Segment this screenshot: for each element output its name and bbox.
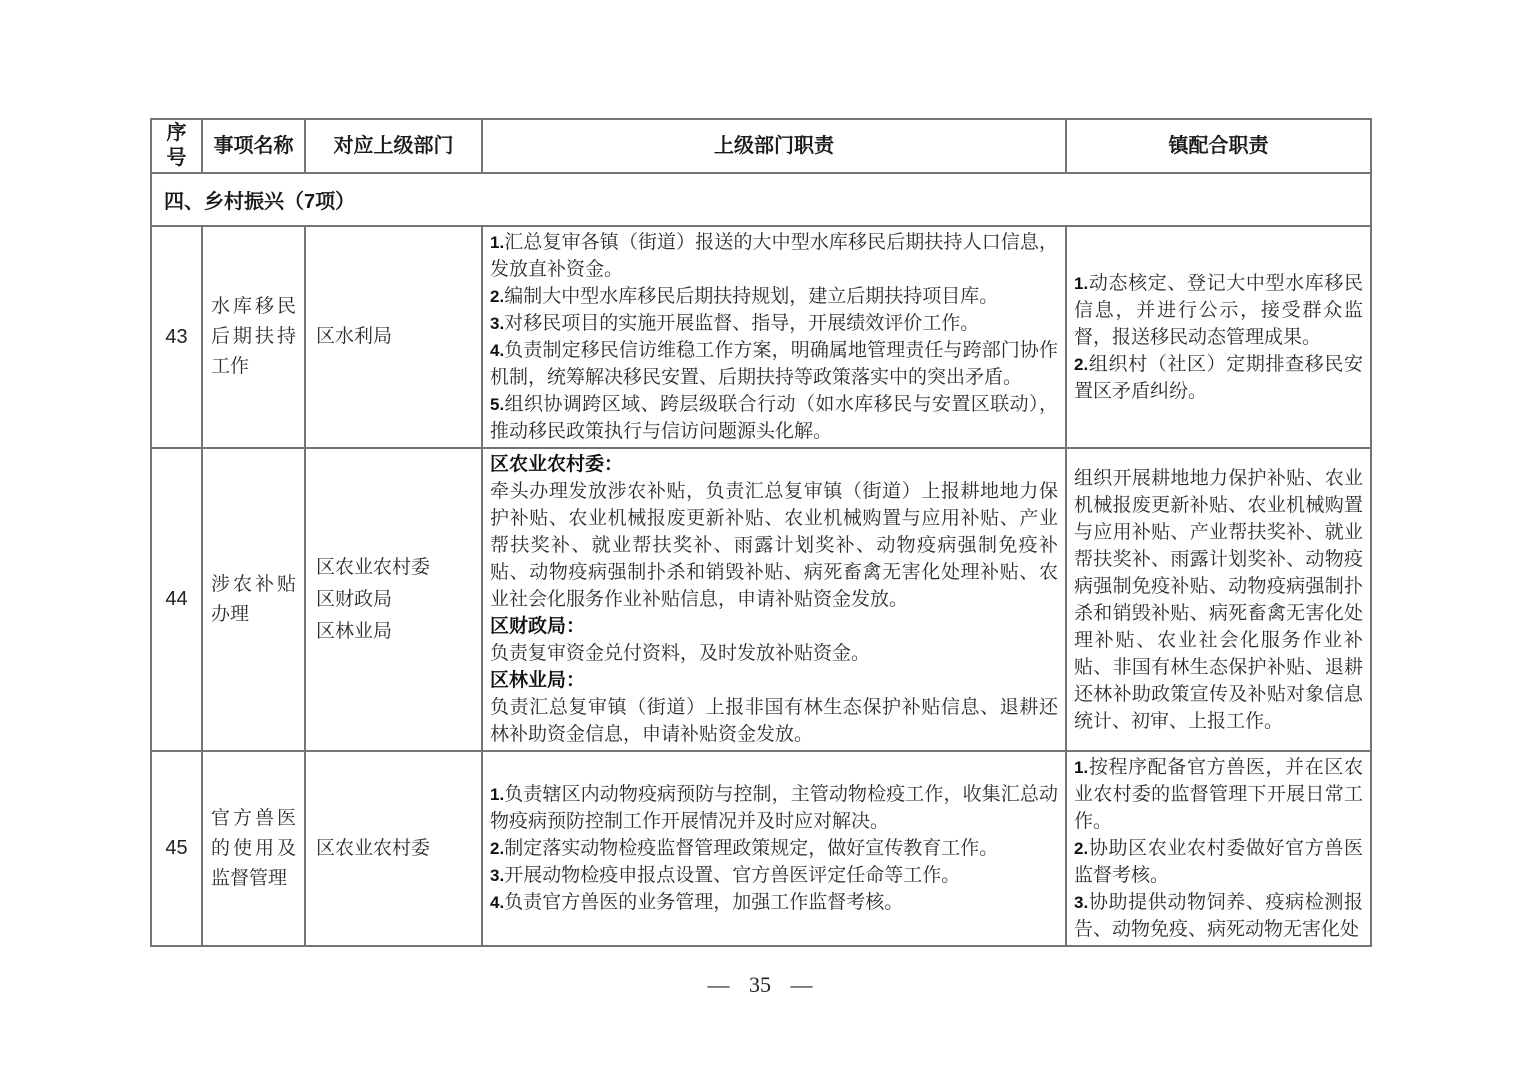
departments-cell: 区水利局 bbox=[305, 226, 482, 448]
duty-paragraph: 负责复审资金兑付资料，及时发放补贴资金。 bbox=[490, 640, 1058, 667]
duty-paragraph: 1.按程序配备官方兽医，并在区农业农村委的监督管理下开展日常工作。 bbox=[1074, 754, 1363, 835]
table-header: 序号 事项名称 对应上级部门 上级部门职责 镇配合职责 bbox=[151, 119, 1371, 173]
duty-paragraph: 4.负责官方兽医的业务管理，加强工作监督考核。 bbox=[490, 889, 1058, 916]
duty-paragraph: 1.动态核定、登记大中型水库移民信息，并进行公示，接受群众监督，报送移民动态管理… bbox=[1074, 270, 1363, 351]
department-label: 区财政局： bbox=[490, 613, 1058, 640]
department-name: 区财政局 bbox=[316, 584, 471, 616]
duty-paragraph: 3.协助提供动物饲养、疫病检测报告、动物免疫、病死动物无害化处 bbox=[1074, 889, 1363, 943]
duty-paragraph: 2.编制大中型水库移民后期扶持规划，建立后期扶持项目库。 bbox=[490, 283, 1058, 310]
department-name: 区林业局 bbox=[316, 616, 471, 648]
duty-paragraph: 1.汇总复审各镇（街道）报送的大中型水库移民后期扶持人口信息，发放直补资金。 bbox=[490, 229, 1058, 283]
responsibilities-table: 序号 事项名称 对应上级部门 上级部门职责 镇配合职责 四、乡村振兴（7项） 4… bbox=[150, 118, 1372, 947]
table-row: 43 水库移民后期扶持工作 区水利局 1.汇总复审各镇（街道）报送的大中型水库移… bbox=[151, 226, 1371, 448]
list-number: 1. bbox=[1074, 274, 1088, 293]
duty-paragraph: 1.负责辖区内动物疫病预防与控制，主管动物检疫工作，收集汇总动物疫病预防控制工作… bbox=[490, 781, 1058, 835]
department-name: 区水利局 bbox=[316, 321, 471, 353]
department-label: 区林业局： bbox=[490, 667, 1058, 694]
department-name: 区农业农村委 bbox=[316, 552, 471, 584]
duty-paragraph: 2.协助区农业农村委做好官方兽医监督考核。 bbox=[1074, 835, 1363, 889]
upper-duties-cell: 1.汇总复审各镇（街道）报送的大中型水库移民后期扶持人口信息，发放直补资金。2.… bbox=[482, 226, 1066, 448]
col-header-item-name: 事项名称 bbox=[202, 119, 305, 173]
col-header-upper-duty: 上级部门职责 bbox=[482, 119, 1066, 173]
row-number-cell: 43 bbox=[151, 226, 202, 448]
department-label: 区农业农村委： bbox=[490, 451, 1058, 478]
duty-paragraph: 组织开展耕地地力保护补贴、农业机械报废更新补贴、农业机械购置与应用补贴、产业帮扶… bbox=[1074, 465, 1363, 735]
table-row: 44 涉农补贴办理 区农业农村委区财政局区林业局 区农业农村委：牵头办理发放涉农… bbox=[151, 448, 1371, 751]
page-number: — 35 — bbox=[0, 972, 1520, 998]
header-row: 序号 事项名称 对应上级部门 上级部门职责 镇配合职责 bbox=[151, 119, 1371, 173]
list-number: 4. bbox=[490, 341, 504, 360]
list-number: 2. bbox=[490, 839, 504, 858]
list-number: 1. bbox=[490, 785, 504, 804]
upper-duties-cell: 区农业农村委：牵头办理发放涉农补贴，负责汇总复审镇（街道）上报耕地地力保护补贴、… bbox=[482, 448, 1066, 751]
list-number: 2. bbox=[1074, 839, 1088, 858]
upper-duties-cell: 1.负责辖区内动物疫病预防与控制，主管动物检疫工作，收集汇总动物疫病预防控制工作… bbox=[482, 751, 1066, 946]
col-header-number: 序号 bbox=[151, 119, 202, 173]
departments-cell: 区农业农村委区财政局区林业局 bbox=[305, 448, 482, 751]
row-number-cell: 44 bbox=[151, 448, 202, 751]
item-name-cell: 水库移民后期扶持工作 bbox=[202, 226, 305, 448]
list-number: 5. bbox=[490, 395, 504, 414]
col-header-department: 对应上级部门 bbox=[305, 119, 482, 173]
duty-paragraph: 4.负责制定移民信访维稳工作方案，明确属地管理责任与跨部门协作机制，统筹解决移民… bbox=[490, 337, 1058, 391]
duty-paragraph: 2.组织村（社区）定期排查移民安置区矛盾纠纷。 bbox=[1074, 351, 1363, 405]
table-body: 四、乡村振兴（7项） 43 水库移民后期扶持工作 区水利局 1.汇总复审各镇（街… bbox=[151, 173, 1371, 946]
town-duties-cell: 1.按程序配备官方兽医，并在区农业农村委的监督管理下开展日常工作。2.协助区农业… bbox=[1066, 751, 1371, 946]
row-number-cell: 45 bbox=[151, 751, 202, 946]
department-name: 区农业农村委 bbox=[316, 833, 471, 865]
list-number: 4. bbox=[490, 893, 504, 912]
section-title: 四、乡村振兴（7项） bbox=[151, 173, 1371, 226]
duty-paragraph: 3.开展动物检疫申报点设置、官方兽医评定任命等工作。 bbox=[490, 862, 1058, 889]
list-number: 3. bbox=[1074, 893, 1088, 912]
item-name-cell: 官方兽医的使用及监督管理 bbox=[202, 751, 305, 946]
list-number: 1. bbox=[1074, 758, 1088, 777]
duty-paragraph: 5.组织协调跨区域、跨层级联合行动（如水库移民与安置区联动），推动移民政策执行与… bbox=[490, 391, 1058, 445]
list-number: 3. bbox=[490, 866, 504, 885]
town-duties-cell: 组织开展耕地地力保护补贴、农业机械报废更新补贴、农业机械购置与应用补贴、产业帮扶… bbox=[1066, 448, 1371, 751]
list-number: 3. bbox=[490, 314, 504, 333]
duty-paragraph: 2.制定落实动物检疫监督管理政策规定，做好宣传教育工作。 bbox=[490, 835, 1058, 862]
duty-paragraph: 3.对移民项目的实施开展监督、指导，开展绩效评价工作。 bbox=[490, 310, 1058, 337]
duty-paragraph: 牵头办理发放涉农补贴，负责汇总复审镇（街道）上报耕地地力保护补贴、农业机械报废更… bbox=[490, 478, 1058, 613]
section-row: 四、乡村振兴（7项） bbox=[151, 173, 1371, 226]
item-name-cell: 涉农补贴办理 bbox=[202, 448, 305, 751]
departments-cell: 区农业农村委 bbox=[305, 751, 482, 946]
list-number: 2. bbox=[490, 287, 504, 306]
list-number: 1. bbox=[490, 233, 504, 252]
duty-paragraph: 负责汇总复审镇（街道）上报非国有林生态保护补贴信息、退耕还林补助资金信息，申请补… bbox=[490, 694, 1058, 748]
table-row: 45 官方兽医的使用及监督管理 区农业农村委 1.负责辖区内动物疫病预防与控制，… bbox=[151, 751, 1371, 946]
list-number: 2. bbox=[1074, 355, 1088, 374]
town-duties-cell: 1.动态核定、登记大中型水库移民信息，并进行公示，接受群众监督，报送移民动态管理… bbox=[1066, 226, 1371, 448]
col-header-town-duty: 镇配合职责 bbox=[1066, 119, 1371, 173]
